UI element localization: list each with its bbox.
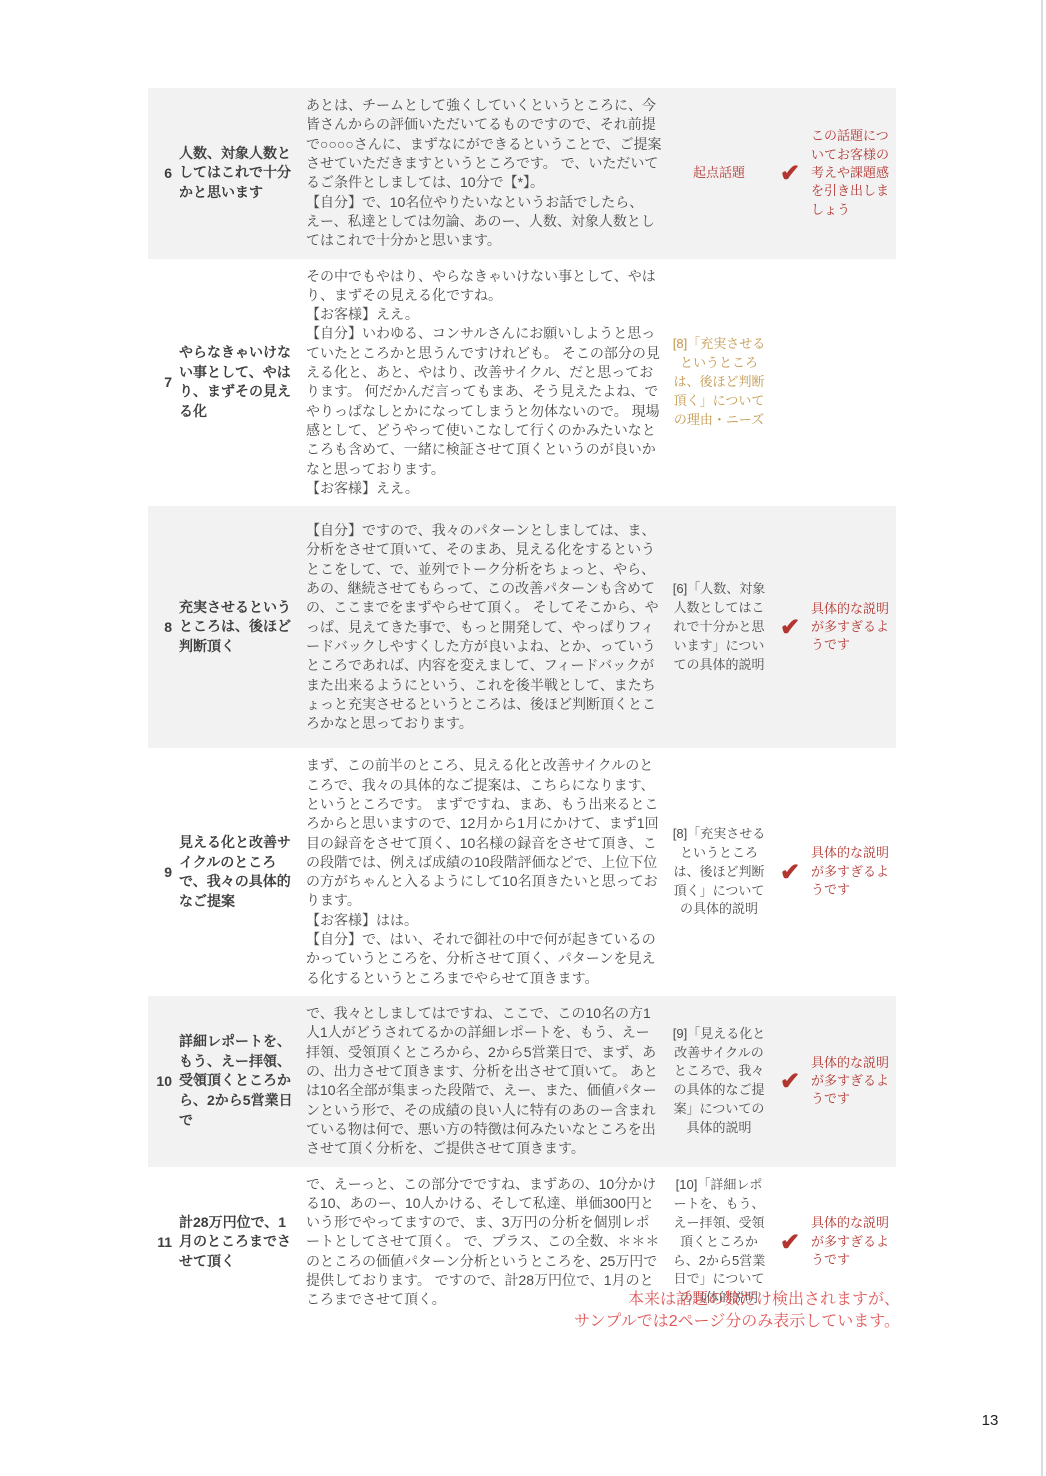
topic-annotation: [8]「充実させるというところは、後ほど判断頂く」についての具体的説明 [668,748,770,996]
topic-transcript: で、我々としましてはですね、ここで、この10名の方1人1人がどうされてるかの詳細… [306,996,668,1167]
topic-number: 10 [148,996,178,1167]
check-icon: ✔ [770,748,810,996]
page-number: 13 [972,1412,1008,1429]
check-icon [770,259,810,507]
page-right-border [1041,0,1043,1476]
topic-number: 7 [148,259,178,507]
report-page: 6 人数、対象人数としてはこれで十分かと思います あとは、チームとして強くしてい… [0,0,1046,1476]
topic-transcript: まず、この前半のところ、見える化と改善サイクルのところで、我々の具体的なご提案は… [306,748,668,996]
topic-number: 6 [148,88,178,259]
topic-advice: 具体的な説明が多すぎるようです [810,748,896,996]
topic-row: 8 充実させるというところは、後ほど判断頂く 【自分】ですので、我々のパターンと… [148,506,896,748]
topic-advice: 具体的な説明が多すぎるようです [810,506,896,748]
topic-title: やらなきゃいけない事として、やはり、まずその見える化 [178,259,306,507]
topic-transcript: 【自分】ですので、我々のパターンとしましては、ま、分析をさせて頂いて、そのまあ、… [306,506,668,748]
topic-row: 7 やらなきゃいけない事として、やはり、まずその見える化 その中でもやはり、やら… [148,259,896,507]
topic-annotation: [9]「見える化と改善サイクルのところで、我々の具体的なご提案」についての具体的… [668,996,770,1167]
topic-advice [810,259,896,507]
topic-title: 詳細レポートを、もう、えー拝領、受領頂くところから、2から5営業日で [178,996,306,1167]
topic-row: 9 見える化と改善サイクルのところで、我々の具体的なご提案 まず、この前半のとこ… [148,748,896,996]
topic-number: 8 [148,506,178,748]
topic-annotation: [6]「人数、対象人数としてはこれで十分かと思います」についての具体的説明 [668,506,770,748]
topic-annotation: 起点話題 [668,88,770,259]
topic-title: 充実させるというところは、後ほど判断頂く [178,506,306,748]
topic-title: 人数、対象人数としてはこれで十分かと思います [178,88,306,259]
topic-annotation: [8]「充実させるというところは、後ほど判断頂く」についての理由・ニーズ [668,259,770,507]
check-icon: ✔ [770,996,810,1167]
check-icon: ✔ [770,506,810,748]
topic-transcript: その中でもやはり、やらなきゃいけない事として、やはり、まずその見える化ですね。 … [306,259,668,507]
topic-row: 6 人数、対象人数としてはこれで十分かと思います あとは、チームとして強くしてい… [148,88,896,259]
topic-advice: この話題についてお客様の考えや課題感を引き出しましょう [810,88,896,259]
sample-limit-note: 本来は話題の数だけ検出されますが、 サンプルでは2ページ分のみ表示しています。 [148,1289,900,1332]
topic-row: 10 詳細レポートを、もう、えー拝領、受領頂くところから、2から5営業日で で、… [148,996,896,1167]
topic-title: 見える化と改善サイクルのところで、我々の具体的なご提案 [178,748,306,996]
topics-table: 6 人数、対象人数としてはこれで十分かと思います あとは、チームとして強くしてい… [148,88,896,1318]
check-icon: ✔ [770,88,810,259]
topic-number: 9 [148,748,178,996]
topic-advice: 具体的な説明が多すぎるようです [810,996,896,1167]
topic-transcript: あとは、チームとして強くしていくというところに、今皆さんからの評価いただいてるも… [306,88,668,259]
topics-table-body: 6 人数、対象人数としてはこれで十分かと思います あとは、チームとして強くしてい… [148,88,896,1318]
